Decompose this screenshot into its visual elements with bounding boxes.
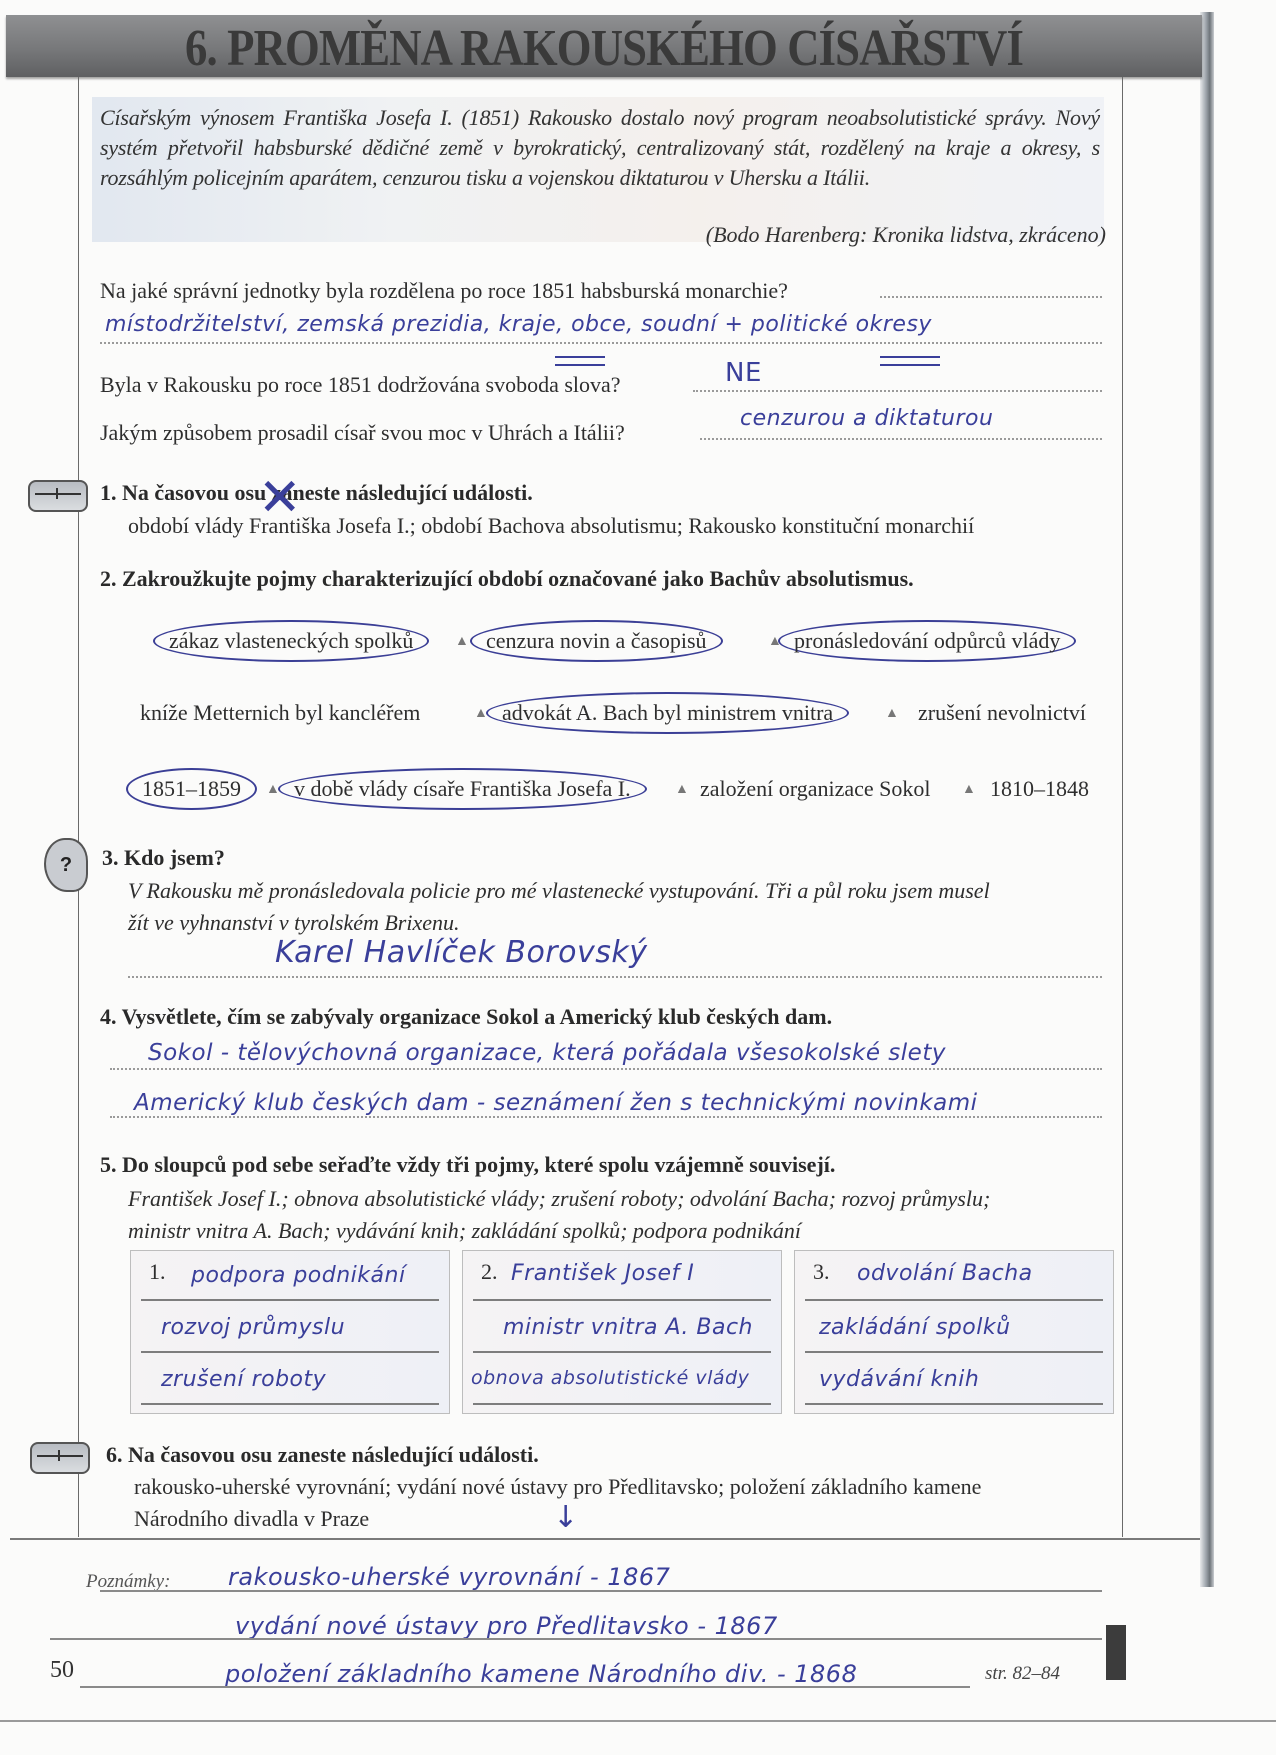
- handwritten-arrow-down-icon: ↓: [553, 1500, 578, 1535]
- column-line: [805, 1403, 1103, 1405]
- answer-line: [100, 342, 1102, 344]
- column-line: [473, 1351, 771, 1353]
- term-circled[interactable]: 1851–1859: [126, 768, 257, 810]
- task-1-text: období vlády Františka Josefa I.; období…: [128, 513, 974, 539]
- frame-line-right: [1122, 77, 1123, 1537]
- term-circled[interactable]: cenzura novin a časopisů: [470, 620, 723, 662]
- source-citation: (Bodo Harenberg: Kronika lidstva, zkráce…: [706, 222, 1106, 248]
- column-number: 2.: [481, 1259, 498, 1285]
- term[interactable]: kníže Metternich byl kancléřem: [140, 700, 420, 726]
- column-line: [805, 1351, 1103, 1353]
- task-6-text-line-1: rakousko-uherské vyrovnání; vydání nové …: [134, 1474, 981, 1500]
- question-2-answer[interactable]: NE: [725, 358, 762, 388]
- chapter-title-bar: 6. PROMĚNA RAKOUSKÉHO CÍSAŘSTVÍ: [6, 15, 1202, 77]
- term-circled[interactable]: pronásledování odpůrců vlády: [778, 620, 1076, 662]
- page-bottom-edge: [0, 1720, 1276, 1722]
- column-3: 3. odvolání Bacha zakládání spolků vydáv…: [794, 1250, 1114, 1414]
- answer-line: [110, 1116, 1102, 1118]
- column-line: [141, 1351, 439, 1353]
- separator-triangle-icon: ▲: [885, 706, 899, 722]
- column-item[interactable]: František Josef I: [511, 1261, 694, 1286]
- task-2-title: 2. Zakroužkujte pojmy charakterizující o…: [100, 566, 914, 592]
- column-number: 1.: [149, 1259, 166, 1285]
- task-4-answer-line-1[interactable]: Sokol - tělovýchovná organizace, která p…: [148, 1040, 946, 1066]
- page-binding-shadow: [1200, 12, 1214, 1587]
- task-1-title: 1. Na časovou osu zaneste následující ud…: [100, 480, 533, 506]
- page-number: 50: [50, 1657, 74, 1684]
- task-3-title: 3. Kdo jsem?: [102, 845, 225, 871]
- notes-rule: [80, 1686, 970, 1688]
- task-4-title: 4. Vysvětlete, čím se zabývaly organizac…: [100, 1004, 832, 1030]
- column-line: [141, 1299, 439, 1301]
- timeline-icon: [30, 1442, 90, 1474]
- term-circled[interactable]: zákaz vlasteneckých spolků: [153, 620, 429, 662]
- thumb-index-tab: [1106, 1625, 1126, 1680]
- handwritten-cross-mark: ✕: [258, 472, 302, 524]
- column-line: [473, 1299, 771, 1301]
- column-item[interactable]: vydávání knih: [819, 1367, 979, 1392]
- column-item[interactable]: zakládání spolků: [819, 1315, 1011, 1340]
- term[interactable]: zrušení nevolnictví: [918, 700, 1086, 726]
- column-item[interactable]: obnova absolutistické vlády: [471, 1367, 749, 1389]
- separator-triangle-icon: ▲: [675, 782, 689, 798]
- answer-line: [128, 976, 1102, 978]
- column-item[interactable]: odvolání Bacha: [857, 1261, 1033, 1286]
- task-5-title: 5. Do sloupců pod sebe seřaďte vždy tři …: [100, 1152, 835, 1178]
- column-item[interactable]: rozvoj průmyslu: [161, 1315, 345, 1340]
- notes-rule: [100, 1590, 1102, 1592]
- column-line: [805, 1299, 1103, 1301]
- task-6-title: 6. Na časovou osu zaneste následující ud…: [106, 1442, 539, 1468]
- column-line: [473, 1403, 771, 1405]
- frame-line-left: [78, 77, 79, 1537]
- separator-triangle-icon: ▲: [455, 634, 469, 650]
- task-6-text-line-2: Národního divadla v Praze: [134, 1506, 369, 1532]
- term-circled[interactable]: v době vlády císaře Františka Josefa I.: [278, 768, 647, 810]
- task-3-text-line-2: žít ve vyhnanství v tyrolském Brixenu.: [128, 910, 460, 936]
- frame-line-bottom: [10, 1538, 1200, 1540]
- answer-line: [110, 1068, 1102, 1070]
- answer-line: [700, 438, 1102, 440]
- question-3: Jakým způsobem prosadil císař svou moc v…: [100, 420, 625, 446]
- column-1: 1. podpora podnikání rozvoj průmyslu zru…: [130, 1250, 450, 1414]
- task-5-text-line-2: ministr vnitra A. Bach; vydávání knih; z…: [128, 1218, 801, 1244]
- handwritten-underline: [880, 356, 940, 366]
- term[interactable]: 1810–1848: [990, 776, 1089, 802]
- column-item[interactable]: ministr vnitra A. Bach: [503, 1315, 753, 1340]
- source-excerpt-text: Císařským výnosem Františka Josefa I. (1…: [100, 103, 1100, 193]
- page-reference: str. 82–84: [985, 1663, 1060, 1685]
- task-3-text-line-1: V Rakousku mě pronásledovala policie pro…: [128, 878, 990, 904]
- notes-line-3[interactable]: položení základního kamene Národního div…: [225, 1660, 857, 1688]
- column-item[interactable]: podpora podnikání: [191, 1263, 406, 1288]
- timeline-icon: [28, 480, 88, 512]
- notes-rule: [50, 1638, 1102, 1640]
- term-circled[interactable]: advokát A. Bach byl ministrem vnitra: [486, 692, 849, 734]
- column-number: 3.: [813, 1259, 830, 1285]
- notes-line-2[interactable]: vydání nové ústavy pro Předlitavsko - 18…: [235, 1612, 778, 1640]
- task-4-answer-line-2[interactable]: Americký klub českých dam - seznámení že…: [134, 1090, 978, 1116]
- column-item[interactable]: zrušení roboty: [161, 1367, 326, 1392]
- task-5-text-line-1: František Josef I.; obnova absolutistick…: [128, 1186, 990, 1212]
- question-3-answer[interactable]: cenzurou a diktaturou: [740, 406, 993, 431]
- separator-triangle-icon: ▲: [962, 782, 976, 798]
- column-2: 2. František Josef I ministr vnitra A. B…: [462, 1250, 782, 1414]
- term[interactable]: založení organizace Sokol: [700, 776, 931, 802]
- chapter-title: 6. PROMĚNA RAKOUSKÉHO CÍSAŘSTVÍ: [90, 19, 1119, 78]
- notes-line-1[interactable]: rakousko-uherské vyrovnání - 1867: [228, 1563, 670, 1591]
- question-2: Byla v Rakousku po roce 1851 dodržována …: [100, 372, 621, 398]
- column-line: [141, 1403, 439, 1405]
- question-1: Na jaké správní jednotky byla rozdělena …: [100, 278, 788, 304]
- question-1-answer[interactable]: místodržitelství, zemská prezidia, kraje…: [105, 312, 932, 337]
- task-3-answer[interactable]: Karel Havlíček Borovský: [275, 935, 648, 970]
- answer-line: [880, 296, 1102, 298]
- head-question-icon: ?: [44, 838, 88, 892]
- answer-line: [693, 390, 1102, 392]
- handwritten-underline: [555, 356, 605, 366]
